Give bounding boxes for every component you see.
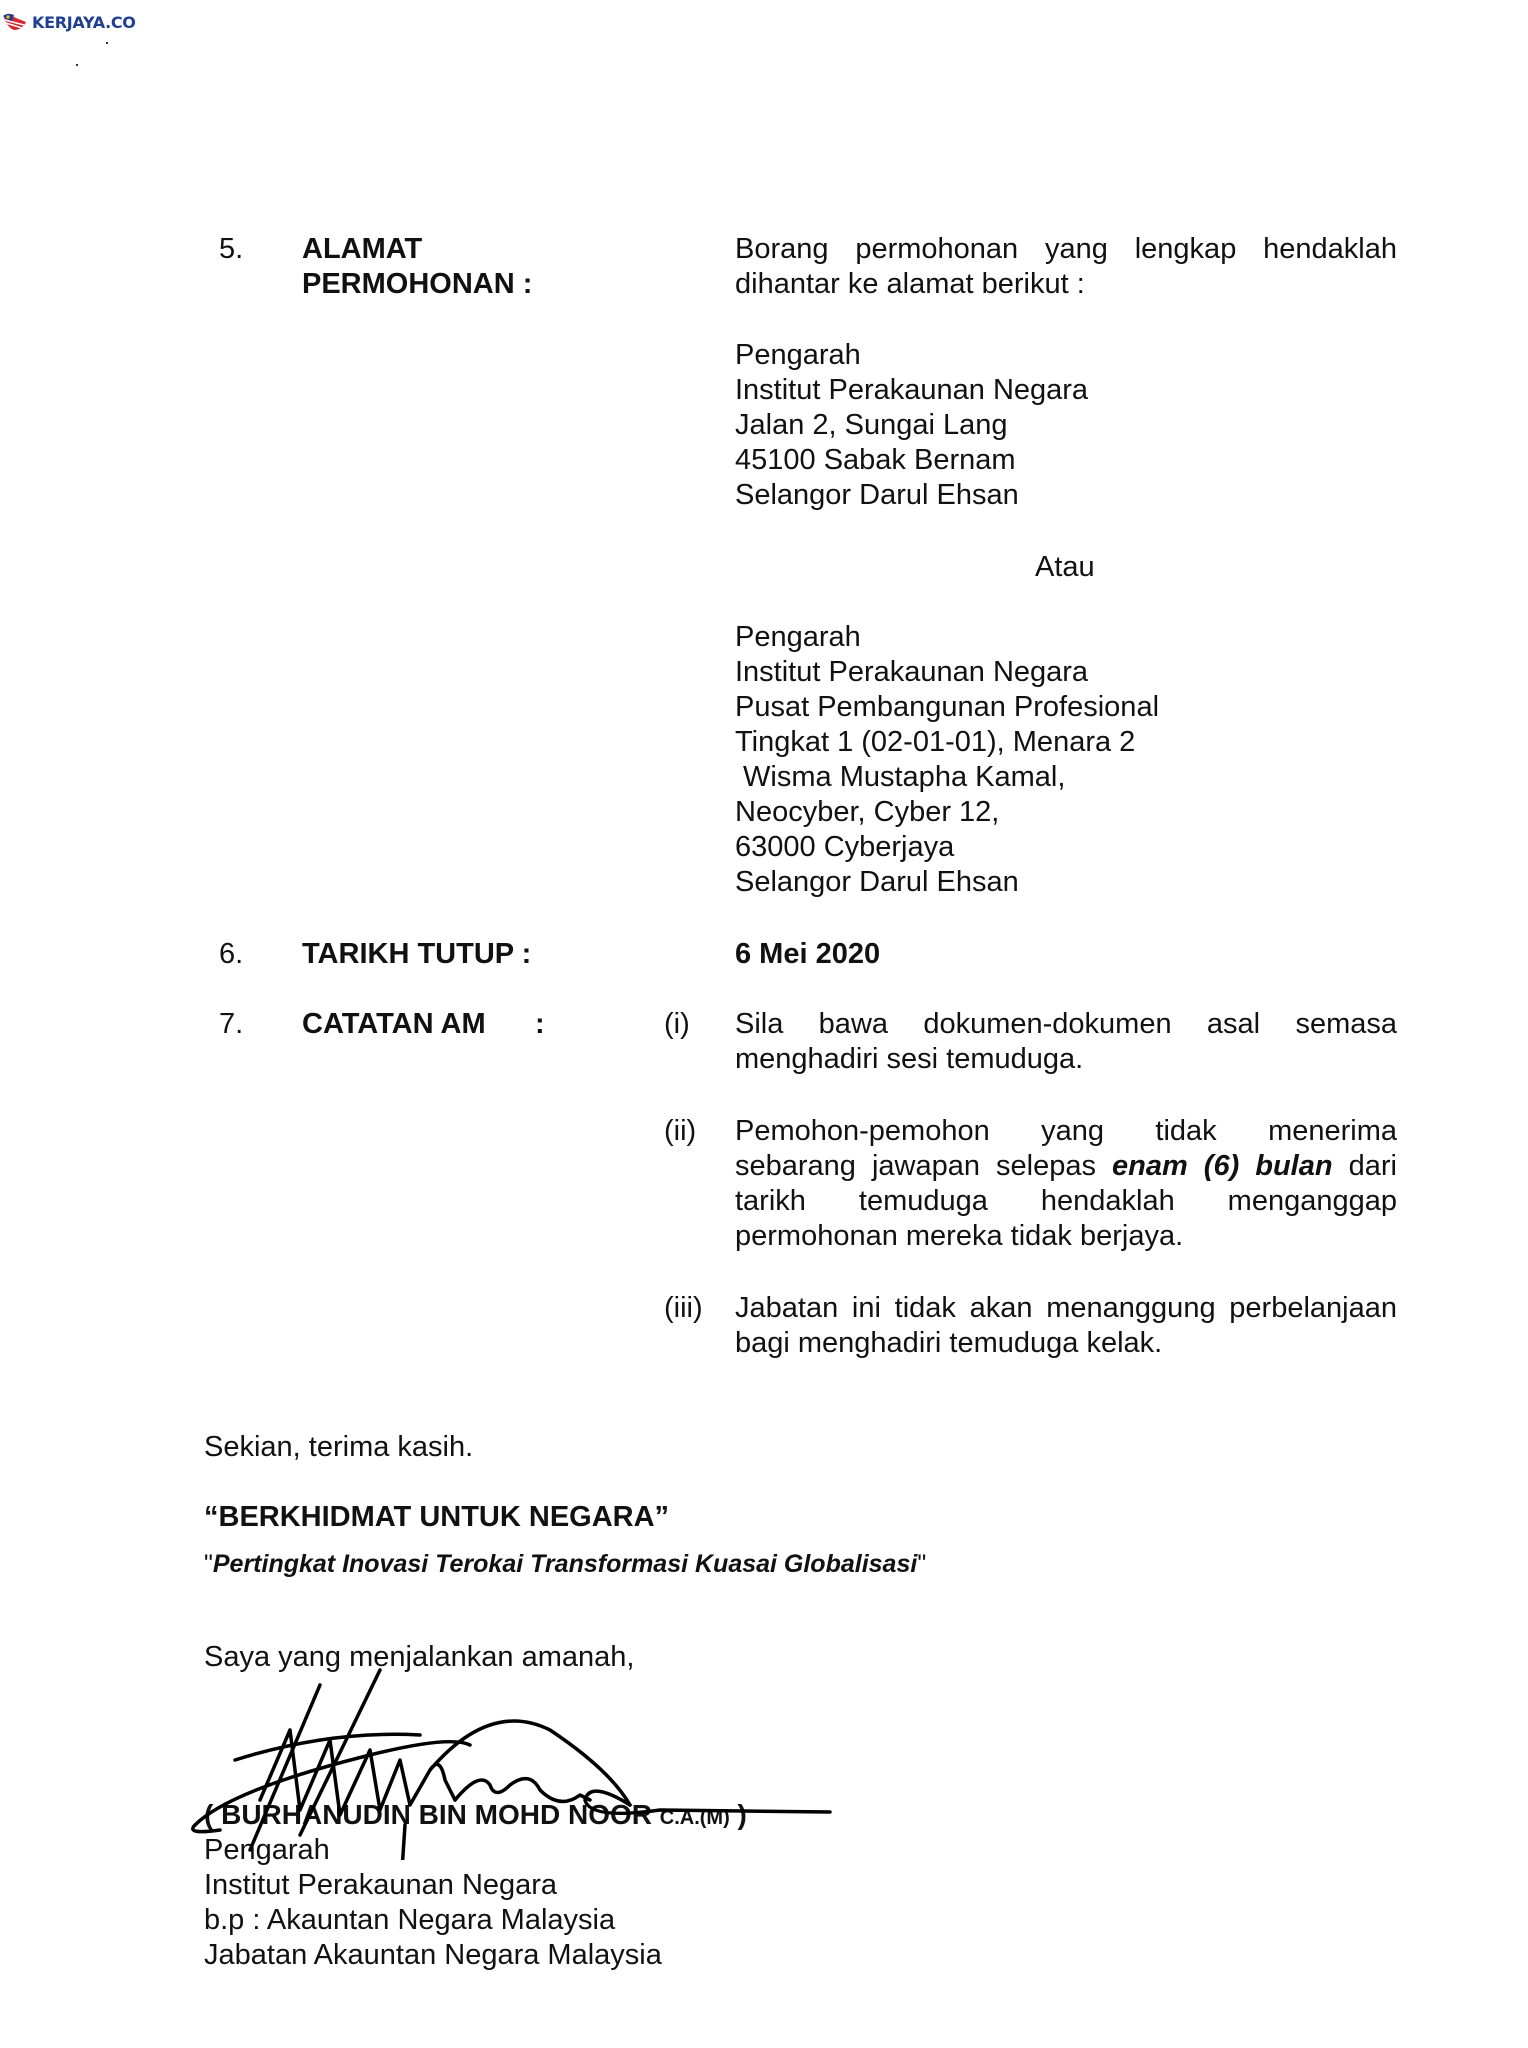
note-line: Jabatan ini tidak akan menanggung perbel…: [735, 1291, 1397, 1326]
address-line: Tingkat 1 (02-01-01), Menara 2: [735, 725, 1159, 760]
note-line-with-emphasis: sebarang jawapan selepas enam (6) bulan …: [735, 1149, 1397, 1184]
intro-line: dihantar ke alamat berikut :: [735, 267, 1397, 302]
section-7-label: CATATAN AM: [302, 1007, 486, 1042]
scan-speck: [106, 42, 108, 44]
note-line: permohonan mereka tidak berjaya.: [735, 1219, 1397, 1254]
address-cyberjaya: Pengarah Institut Perakaunan Negara Pusa…: [735, 620, 1159, 900]
note-text: dari: [1333, 1150, 1397, 1182]
address-separator: Atau: [1035, 550, 1095, 585]
intro-line: Borang permohonan yang lengkap hendaklah: [735, 232, 1397, 267]
section-5-number: 5.: [219, 232, 243, 267]
note-marker-iii: (iii): [664, 1291, 703, 1326]
address-line: Neocyber, Cyber 12,: [735, 795, 1159, 830]
section-6-label: TARIKH TUTUP :: [302, 937, 531, 972]
motto: “BERKHIDMAT UNTUK NEGARA”: [204, 1501, 669, 1534]
section-5-label-line1: ALAMAT: [302, 232, 422, 267]
address-line: 63000 Cyberjaya: [735, 830, 1159, 865]
title-line: b.p : Akauntan Negara Malaysia: [204, 1903, 662, 1938]
tagline-text: Pertingkat Inovasi Terokai Transformasi …: [213, 1550, 917, 1578]
tagline: "Pertingkat Inovasi Terokai Transformasi…: [204, 1550, 926, 1579]
section-6-number: 6.: [219, 937, 243, 972]
handwritten-signature: [190, 1660, 850, 1860]
note-text: sebarang jawapan selepas: [735, 1150, 1112, 1182]
closing-date: 6 Mei 2020: [735, 937, 880, 972]
address-line: Jalan 2, Sungai Lang: [735, 408, 1088, 443]
section-5-intro: Borang permohonan yang lengkap hendaklah…: [735, 232, 1397, 302]
address-line: Institut Perakaunan Negara: [735, 373, 1088, 408]
brand-text: KERJAYA.CO: [32, 13, 136, 32]
note-marker-ii: (ii): [664, 1114, 696, 1149]
address-line: Selangor Darul Ehsan: [735, 865, 1159, 900]
address-line: Pengarah: [735, 338, 1088, 373]
note-line: menghadiri sesi temuduga.: [735, 1042, 1397, 1077]
note-ii: Pemohon-pemohon yang tidak menerima seba…: [735, 1114, 1397, 1254]
note-line: Pemohon-pemohon yang tidak menerima: [735, 1114, 1397, 1149]
note-line: bagi menghadiri temuduga kelak.: [735, 1326, 1397, 1361]
closing-thanks: Sekian, terima kasih.: [204, 1430, 473, 1465]
address-line: 45100 Sabak Bernam: [735, 443, 1088, 478]
note-line: tarikh temuduga hendaklah menganggap: [735, 1184, 1397, 1219]
note-iii: Jabatan ini tidak akan menanggung perbel…: [735, 1291, 1397, 1361]
address-line: Institut Perakaunan Negara: [735, 655, 1159, 690]
section-7-number: 7.: [219, 1007, 243, 1042]
emphasis-six-months: enam (6) bulan: [1112, 1150, 1333, 1182]
section-5-label-line2: PERMOHONAN :: [302, 267, 532, 302]
section-7-colon: :: [535, 1007, 545, 1042]
address-line: Selangor Darul Ehsan: [735, 478, 1088, 513]
note-line: Sila bawa dokumen-dokumen asal semasa: [735, 1007, 1397, 1042]
title-line: Institut Perakaunan Negara: [204, 1868, 662, 1903]
kerjaya-watermark-logo: KERJAYA.CO: [2, 12, 136, 32]
note-i: Sila bawa dokumen-dokumen asal semasa me…: [735, 1007, 1397, 1077]
malaysia-flag-heart-icon: [2, 12, 28, 32]
scan-speck: [76, 64, 78, 66]
note-marker-i: (i): [664, 1007, 690, 1042]
address-line: Pusat Pembangunan Profesional: [735, 690, 1159, 725]
title-line: Jabatan Akauntan Negara Malaysia: [204, 1938, 662, 1973]
address-line: Pengarah: [735, 620, 1159, 655]
address-sabak-bernam: Pengarah Institut Perakaunan Negara Jala…: [735, 338, 1088, 513]
address-line: Wisma Mustapha Kamal,: [735, 760, 1159, 795]
